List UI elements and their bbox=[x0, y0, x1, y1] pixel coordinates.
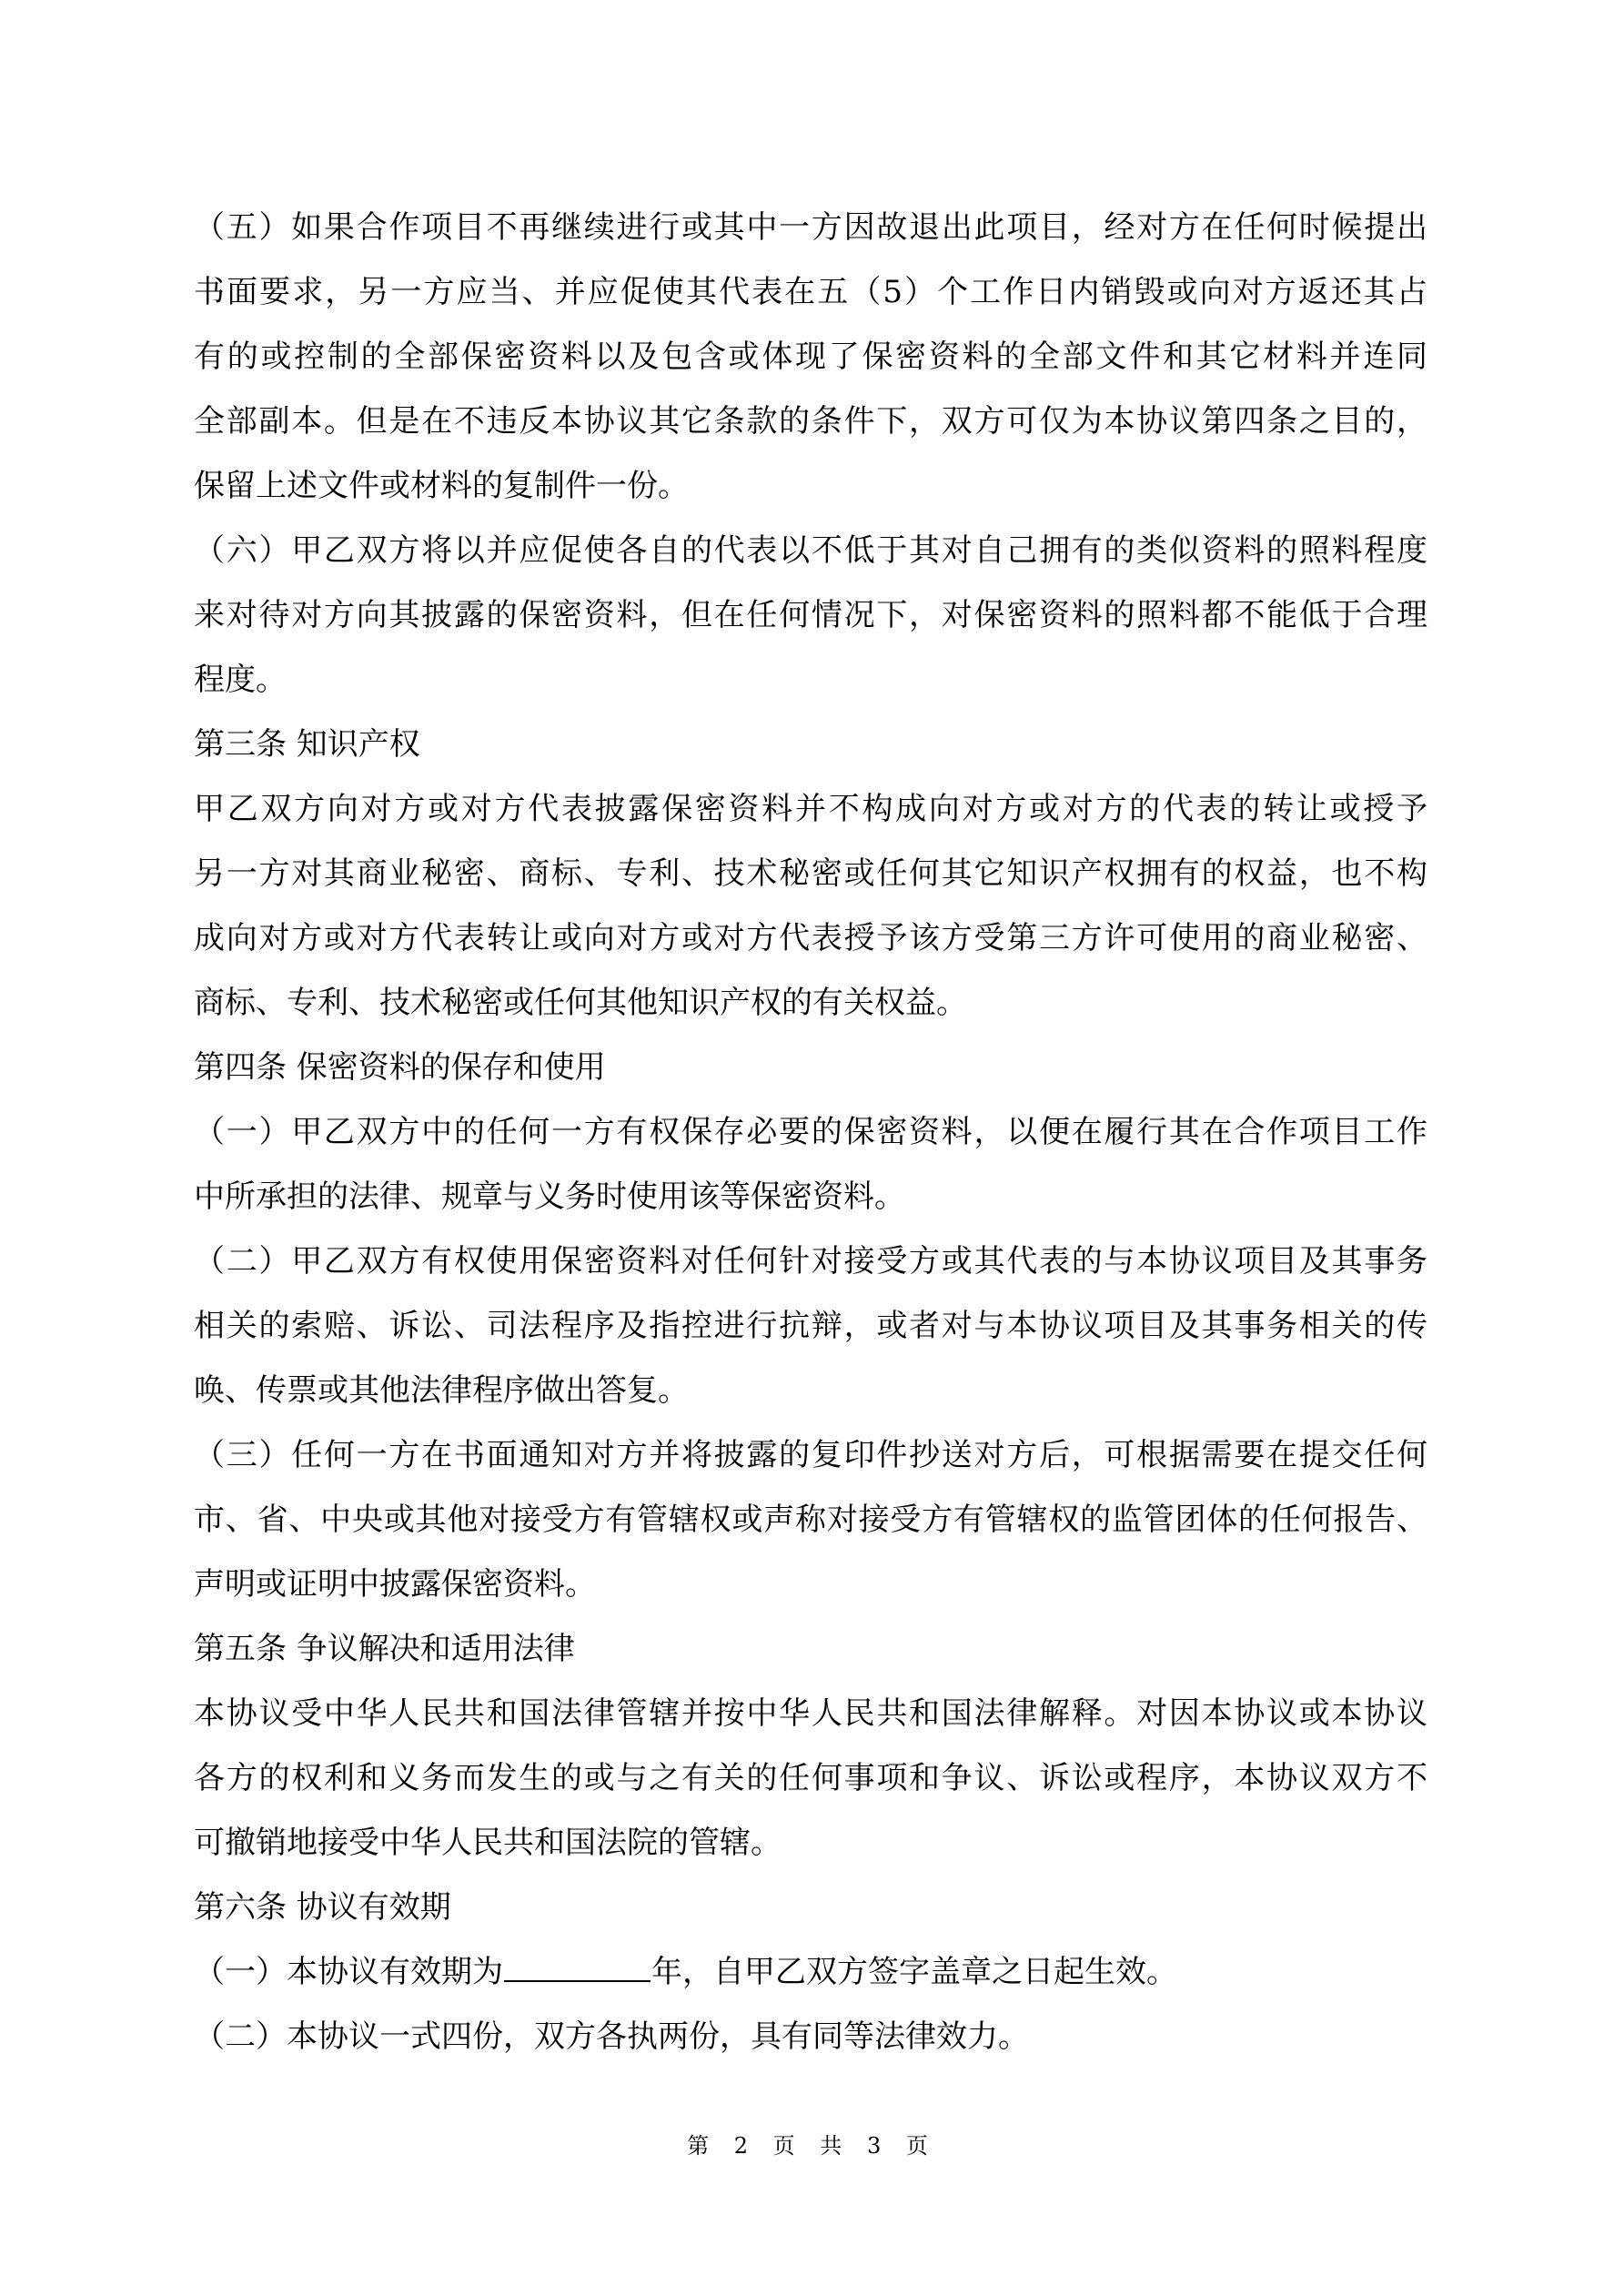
section-heading: 第六条 协议有效期 bbox=[194, 1876, 1427, 1940]
page-footer: 第 2 页 共 3 页 bbox=[0, 2128, 1624, 2164]
section-heading: 第五条 争议解决和适用法律 bbox=[194, 1617, 1427, 1682]
text-line: 来对待对方向其披露的保密资料，但在任何情况下，对保密资料的照料都不能低于合理 bbox=[194, 583, 1427, 648]
article-5-paragraph: 本协议受中华人民共和国法律管辖并按中华人民共和国法律解释。对因本协议或本协议 各… bbox=[194, 1682, 1427, 1876]
text-line: 各方的权利和义务而发生的或与之有关的任何事项和争议、诉讼或程序，本协议双方不 bbox=[194, 1746, 1427, 1811]
section-heading: 第四条 保密资料的保存和使用 bbox=[194, 1036, 1427, 1100]
clause-4-1-paragraph: （一）甲乙双方中的任何一方有权保存必要的保密资料，以便在履行其在合作项目工作 中… bbox=[194, 1100, 1427, 1229]
clause-4-2-paragraph: （二）甲乙双方有权使用保密资料对任何针对接受方或其代表的与本协议项目及其事务 相… bbox=[194, 1229, 1427, 1423]
article-4-heading: 第四条 保密资料的保存和使用 bbox=[194, 1036, 1427, 1100]
text-line: 可撤销地接受中华人民共和国法院的管辖。 bbox=[194, 1811, 1427, 1876]
clause-2-5-paragraph: （五）如果合作项目不再继续进行或其中一方因故退出此项目，经对方在任何时候提出 书… bbox=[194, 196, 1427, 519]
section-heading: 第三条 知识产权 bbox=[194, 713, 1427, 777]
text-line: 全部副本。但是在不违反本协议其它条款的条件下，双方可仅为本协议第四条之目的， bbox=[194, 389, 1427, 454]
article-6-heading: 第六条 协议有效期 bbox=[194, 1876, 1427, 1940]
text-line: 本协议受中华人民共和国法律管辖并按中华人民共和国法律解释。对因本协议或本协议 bbox=[194, 1682, 1427, 1746]
document-body: （五）如果合作项目不再继续进行或其中一方因故退出此项目，经对方在任何时候提出 书… bbox=[194, 196, 1427, 2069]
clause-2-6-paragraph: （六）甲乙双方将以并应促使各自的代表以不低于其对自己拥有的类似资料的照料程度 来… bbox=[194, 519, 1427, 713]
text-line: 成向对方或对方代表转让或向对方或对方代表授予该方受第三方许可使用的商业秘密、 bbox=[194, 906, 1427, 971]
article-5-heading: 第五条 争议解决和适用法律 bbox=[194, 1617, 1427, 1682]
clause-6-1-paragraph: （一）本协议有效期为年，自甲乙双方签字盖章之日起生效。 bbox=[194, 1940, 1427, 2005]
text-line: 商标、专利、技术秘密或任何其他知识产权的有关权益。 bbox=[194, 971, 1427, 1036]
text-line: （二）甲乙双方有权使用保密资料对任何针对接受方或其代表的与本协议项目及其事务 bbox=[194, 1229, 1427, 1294]
text-line: 另一方对其商业秘密、商标、专利、技术秘密或任何其它知识产权拥有的权益，也不构 bbox=[194, 842, 1427, 906]
article-3-paragraph: 甲乙双方向对方或对方代表披露保密资料并不构成向对方或对方的代表的转让或授予 另一… bbox=[194, 777, 1427, 1036]
clause-6-1-prefix: （一）本协议有效期为 bbox=[194, 1954, 503, 1990]
validity-years-blank[interactable] bbox=[504, 1953, 651, 1982]
text-line: 唤、传票或其他法律程序做出答复。 bbox=[194, 1359, 1427, 1423]
clause-6-2-paragraph: （二）本协议一式四份，双方各执两份，具有同等法律效力。 bbox=[194, 2005, 1427, 2069]
text-line: （五）如果合作项目不再继续进行或其中一方因故退出此项目，经对方在任何时候提出 bbox=[194, 196, 1427, 260]
text-line: 中所承担的法律、规章与义务时使用该等保密资料。 bbox=[194, 1165, 1427, 1229]
text-line: 有的或控制的全部保密资料以及包含或体现了保密资料的全部文件和其它材料并连同 bbox=[194, 325, 1427, 389]
clause-6-1-suffix: 年，自甲乙双方签字盖章之日起生效。 bbox=[651, 1954, 1177, 1990]
clause-4-3-paragraph: （三）任何一方在书面通知对方并将披露的复印件抄送对方后，可根据需要在提交任何 市… bbox=[194, 1423, 1427, 1617]
text-line: （六）甲乙双方将以并应促使各自的代表以不低于其对自己拥有的类似资料的照料程度 bbox=[194, 519, 1427, 583]
text-line: 程度。 bbox=[194, 648, 1427, 713]
page-number-label: 第 2 页 共 3 页 bbox=[687, 2133, 937, 2159]
text-line: 保留上述文件或材料的复制件一份。 bbox=[194, 454, 1427, 519]
document-page: （五）如果合作项目不再继续进行或其中一方因故退出此项目，经对方在任何时候提出 书… bbox=[0, 0, 1624, 2296]
text-line: 相关的索赔、诉讼、司法程序及指控进行抗辩，或者对与本协议项目及其事务相关的传 bbox=[194, 1294, 1427, 1359]
text-line: （二）本协议一式四份，双方各执两份，具有同等法律效力。 bbox=[194, 2018, 1029, 2055]
article-3-heading: 第三条 知识产权 bbox=[194, 713, 1427, 777]
text-line: 声明或证明中披露保密资料。 bbox=[194, 1553, 1427, 1617]
text-line: 甲乙双方向对方或对方代表披露保密资料并不构成向对方或对方的代表的转让或授予 bbox=[194, 777, 1427, 842]
text-line: 市、省、中央或其他对接受方有管辖权或声称对接受方有管辖权的监管团体的任何报告、 bbox=[194, 1488, 1427, 1553]
text-line: 书面要求，另一方应当、并应促使其代表在五（5）个工作日内销毁或向对方返还其占 bbox=[194, 260, 1427, 325]
text-line: （一）甲乙双方中的任何一方有权保存必要的保密资料，以便在履行其在合作项目工作 bbox=[194, 1100, 1427, 1165]
text-line: （三）任何一方在书面通知对方并将披露的复印件抄送对方后，可根据需要在提交任何 bbox=[194, 1423, 1427, 1488]
